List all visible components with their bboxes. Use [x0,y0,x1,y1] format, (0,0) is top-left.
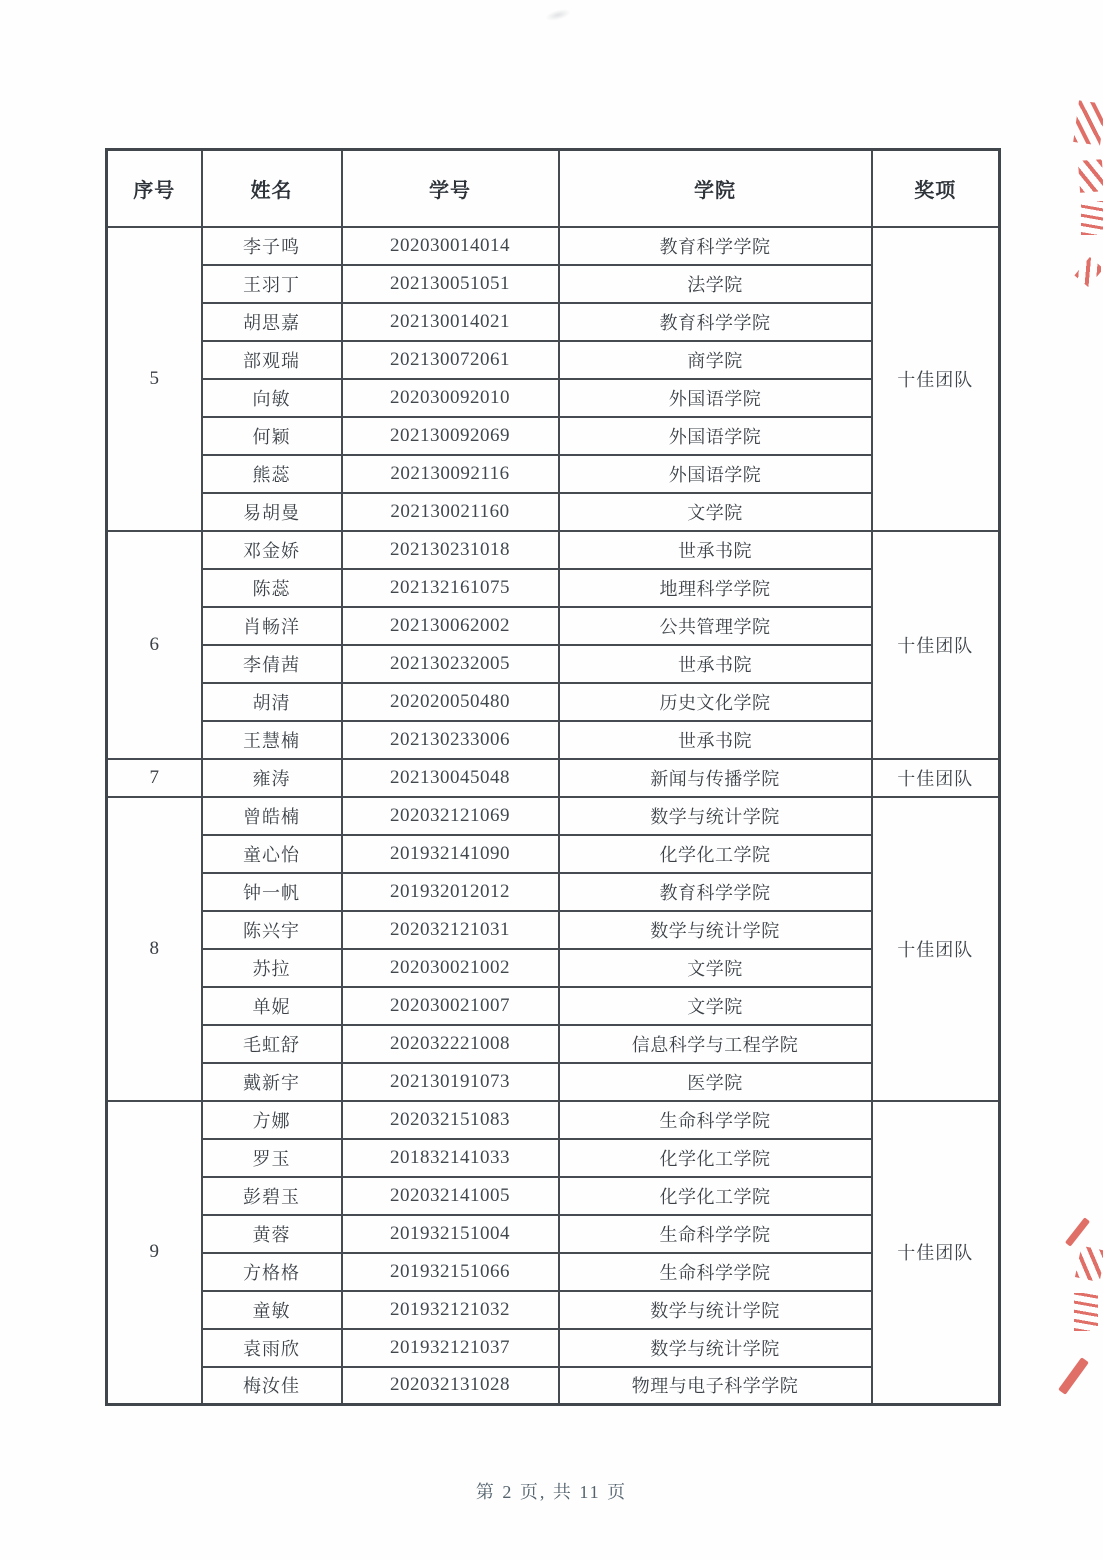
college-cell: 医学院 [559,1063,872,1101]
stamp-fragment-icon [1073,100,1103,145]
college-cell: 生命科学学院 [559,1215,872,1253]
table-row: 肖畅洋202130062002公共管理学院 [107,607,1000,645]
college-cell: 文学院 [559,493,872,531]
table-row: 部观瑞202130072061商学院 [107,341,1000,379]
student-id-cell: 201932121032 [342,1291,559,1329]
college-cell: 地理科学学院 [559,569,872,607]
college-cell: 世承书院 [559,721,872,759]
student-id-cell: 202130191073 [342,1063,559,1101]
table-row: 易胡曼202130021160文学院 [107,493,1000,531]
college-cell: 文学院 [559,949,872,987]
name-cell: 方格格 [202,1253,342,1291]
table-row: 胡思嘉202130014021教育科学学院 [107,303,1000,341]
name-cell: 王羽丁 [202,265,342,303]
college-cell: 化学化工学院 [559,835,872,873]
group-index-cell: 6 [107,531,202,759]
name-cell: 袁雨欣 [202,1329,342,1367]
table-row: 6邓金娇202130231018世承书院十佳团队 [107,531,1000,569]
student-id-cell: 202032151083 [342,1101,559,1139]
page-footer: 第 2 页, 共 11 页 [0,1478,1103,1504]
award-table: 序号 姓名 学号 学院 奖项 5李子鸣202030014014教育科学学院十佳团… [105,148,1001,1406]
student-id-cell: 202020050480 [342,683,559,721]
table-row: 胡清202020050480历史文化学院 [107,683,1000,721]
college-cell: 教育科学学院 [559,227,872,265]
name-cell: 单妮 [202,987,342,1025]
table-row: 袁雨欣201932121037数学与统计学院 [107,1329,1000,1367]
award-cell: 十佳团队 [872,227,1000,531]
student-id-cell: 202032121069 [342,797,559,835]
name-cell: 王慧楠 [202,721,342,759]
stamp-fragment-icon [1075,1246,1103,1282]
college-cell: 公共管理学院 [559,607,872,645]
college-cell: 法学院 [559,265,872,303]
college-cell: 世承书院 [559,531,872,569]
name-cell: 部观瑞 [202,341,342,379]
table-row: 童心怡201932141090化学化工学院 [107,835,1000,873]
student-id-cell: 202032121031 [342,911,559,949]
college-cell: 化学化工学院 [559,1177,872,1215]
student-id-cell: 202130014021 [342,303,559,341]
student-id-cell: 202032141005 [342,1177,559,1215]
student-id-cell: 201932151004 [342,1215,559,1253]
table-row: 7雍涛202130045048新闻与传播学院十佳团队 [107,759,1000,797]
table-row: 陈兴宇202032121031数学与统计学院 [107,911,1000,949]
header-college: 学院 [559,150,872,227]
name-cell: 陈兴宇 [202,911,342,949]
table-row: 向敏202030092010外国语学院 [107,379,1000,417]
college-cell: 生命科学学院 [559,1253,872,1291]
table-row: 单妮202030021007文学院 [107,987,1000,1025]
stamp-fragment-icon [1074,1293,1098,1331]
award-cell: 十佳团队 [872,531,1000,759]
college-cell: 信息科学与工程学院 [559,1025,872,1063]
student-id-cell: 202130062002 [342,607,559,645]
table-row: 8曾皓楠202032121069数学与统计学院十佳团队 [107,797,1000,835]
student-id-cell: 201932121037 [342,1329,559,1367]
name-cell: 罗玉 [202,1139,342,1177]
stamp-fragment-icon [1078,159,1103,193]
college-cell: 世承书院 [559,645,872,683]
college-cell: 物理与电子科学学院 [559,1367,872,1405]
college-cell: 历史文化学院 [559,683,872,721]
header-index: 序号 [107,150,202,227]
table-row: 王羽丁202130051051法学院 [107,265,1000,303]
student-id-cell: 202130092069 [342,417,559,455]
stamp-fragment-icon [1065,1217,1090,1247]
student-id-cell: 202130045048 [342,759,559,797]
college-cell: 教育科学学院 [559,873,872,911]
college-cell: 新闻与传播学院 [559,759,872,797]
name-cell: 雍涛 [202,759,342,797]
student-id-cell: 202130231018 [342,531,559,569]
table-row: 戴新宇202130191073医学院 [107,1063,1000,1101]
table-row: 童敏201932121032数学与统计学院 [107,1291,1000,1329]
college-cell: 教育科学学院 [559,303,872,341]
college-cell: 外国语学院 [559,379,872,417]
name-cell: 毛虹舒 [202,1025,342,1063]
student-id-cell: 202130092116 [342,455,559,493]
name-cell: 黄蓉 [202,1215,342,1253]
student-id-cell: 202030021007 [342,987,559,1025]
college-cell: 外国语学院 [559,417,872,455]
student-id-cell: 201832141033 [342,1139,559,1177]
student-id-cell: 202132161075 [342,569,559,607]
table-body: 5李子鸣202030014014教育科学学院十佳团队王羽丁20213005105… [107,227,1000,1405]
name-cell: 彭碧玉 [202,1177,342,1215]
group-index-cell: 7 [107,759,202,797]
table-row: 梅汝佳202032131028物理与电子科学学院 [107,1367,1000,1405]
name-cell: 方娜 [202,1101,342,1139]
student-id-cell: 202030092010 [342,379,559,417]
student-id-cell: 201932012012 [342,873,559,911]
name-cell: 苏拉 [202,949,342,987]
college-cell: 数学与统计学院 [559,1329,872,1367]
college-cell: 数学与统计学院 [559,911,872,949]
name-cell: 戴新宇 [202,1063,342,1101]
name-cell: 熊蕊 [202,455,342,493]
name-cell: 何颖 [202,417,342,455]
stamp-fragment-icon [1081,201,1103,235]
name-cell: 陈蕊 [202,569,342,607]
award-cell: 十佳团队 [872,797,1000,1101]
name-cell: 曾皓楠 [202,797,342,835]
group-index-cell: 8 [107,797,202,1101]
name-cell: 向敏 [202,379,342,417]
table-row: 毛虹舒202032221008信息科学与工程学院 [107,1025,1000,1063]
award-cell: 十佳团队 [872,759,1000,797]
student-id-cell: 202130051051 [342,265,559,303]
table-row: 陈蕊202132161075地理科学学院 [107,569,1000,607]
group-index-cell: 5 [107,227,202,531]
college-cell: 数学与统计学院 [559,797,872,835]
document-page: 序号 姓名 学号 学院 奖项 5李子鸣202030014014教育科学学院十佳团… [0,0,1103,1560]
college-cell: 数学与统计学院 [559,1291,872,1329]
name-cell: 钟一帆 [202,873,342,911]
student-id-cell: 202032131028 [342,1367,559,1405]
name-cell: 李倩茜 [202,645,342,683]
student-id-cell: 201932141090 [342,835,559,873]
scan-smudge [544,7,572,23]
table-row: 苏拉202030021002文学院 [107,949,1000,987]
student-id-cell: 202130232005 [342,645,559,683]
name-cell: 肖畅洋 [202,607,342,645]
table-row: 彭碧玉202032141005化学化工学院 [107,1177,1000,1215]
name-cell: 胡清 [202,683,342,721]
student-id-cell: 201932151066 [342,1253,559,1291]
name-cell: 梅汝佳 [202,1367,342,1405]
name-cell: 易胡曼 [202,493,342,531]
name-cell: 李子鸣 [202,227,342,265]
header-name: 姓名 [202,150,342,227]
table-row: 9方娜202032151083生命科学学院十佳团队 [107,1101,1000,1139]
table-row: 李倩茜202130232005世承书院 [107,645,1000,683]
name-cell: 胡思嘉 [202,303,342,341]
award-cell: 十佳团队 [872,1101,1000,1405]
table-header-row: 序号 姓名 学号 学院 奖项 [107,150,1000,227]
table-row: 5李子鸣202030014014教育科学学院十佳团队 [107,227,1000,265]
college-cell: 化学化工学院 [559,1139,872,1177]
college-cell: 商学院 [559,341,872,379]
student-id-cell: 202030014014 [342,227,559,265]
stamp-fragment-icon [1058,1357,1089,1395]
group-index-cell: 9 [107,1101,202,1405]
student-id-cell: 202030021002 [342,949,559,987]
table-row: 方格格201932151066生命科学学院 [107,1253,1000,1291]
table-row: 黄蓉201932151004生命科学学院 [107,1215,1000,1253]
table-row: 罗玉201832141033化学化工学院 [107,1139,1000,1177]
student-id-cell: 202032221008 [342,1025,559,1063]
student-id-cell: 202130072061 [342,341,559,379]
stamp-fragment-icon [1074,257,1103,287]
header-award: 奖项 [872,150,1000,227]
college-cell: 文学院 [559,987,872,1025]
table-row: 何颖202130092069外国语学院 [107,417,1000,455]
college-cell: 生命科学学院 [559,1101,872,1139]
student-id-cell: 202130021160 [342,493,559,531]
table-row: 王慧楠202130233006世承书院 [107,721,1000,759]
header-student-id: 学号 [342,150,559,227]
student-id-cell: 202130233006 [342,721,559,759]
college-cell: 外国语学院 [559,455,872,493]
name-cell: 邓金娇 [202,531,342,569]
table-row: 熊蕊202130092116外国语学院 [107,455,1000,493]
table-row: 钟一帆201932012012教育科学学院 [107,873,1000,911]
name-cell: 童心怡 [202,835,342,873]
name-cell: 童敏 [202,1291,342,1329]
